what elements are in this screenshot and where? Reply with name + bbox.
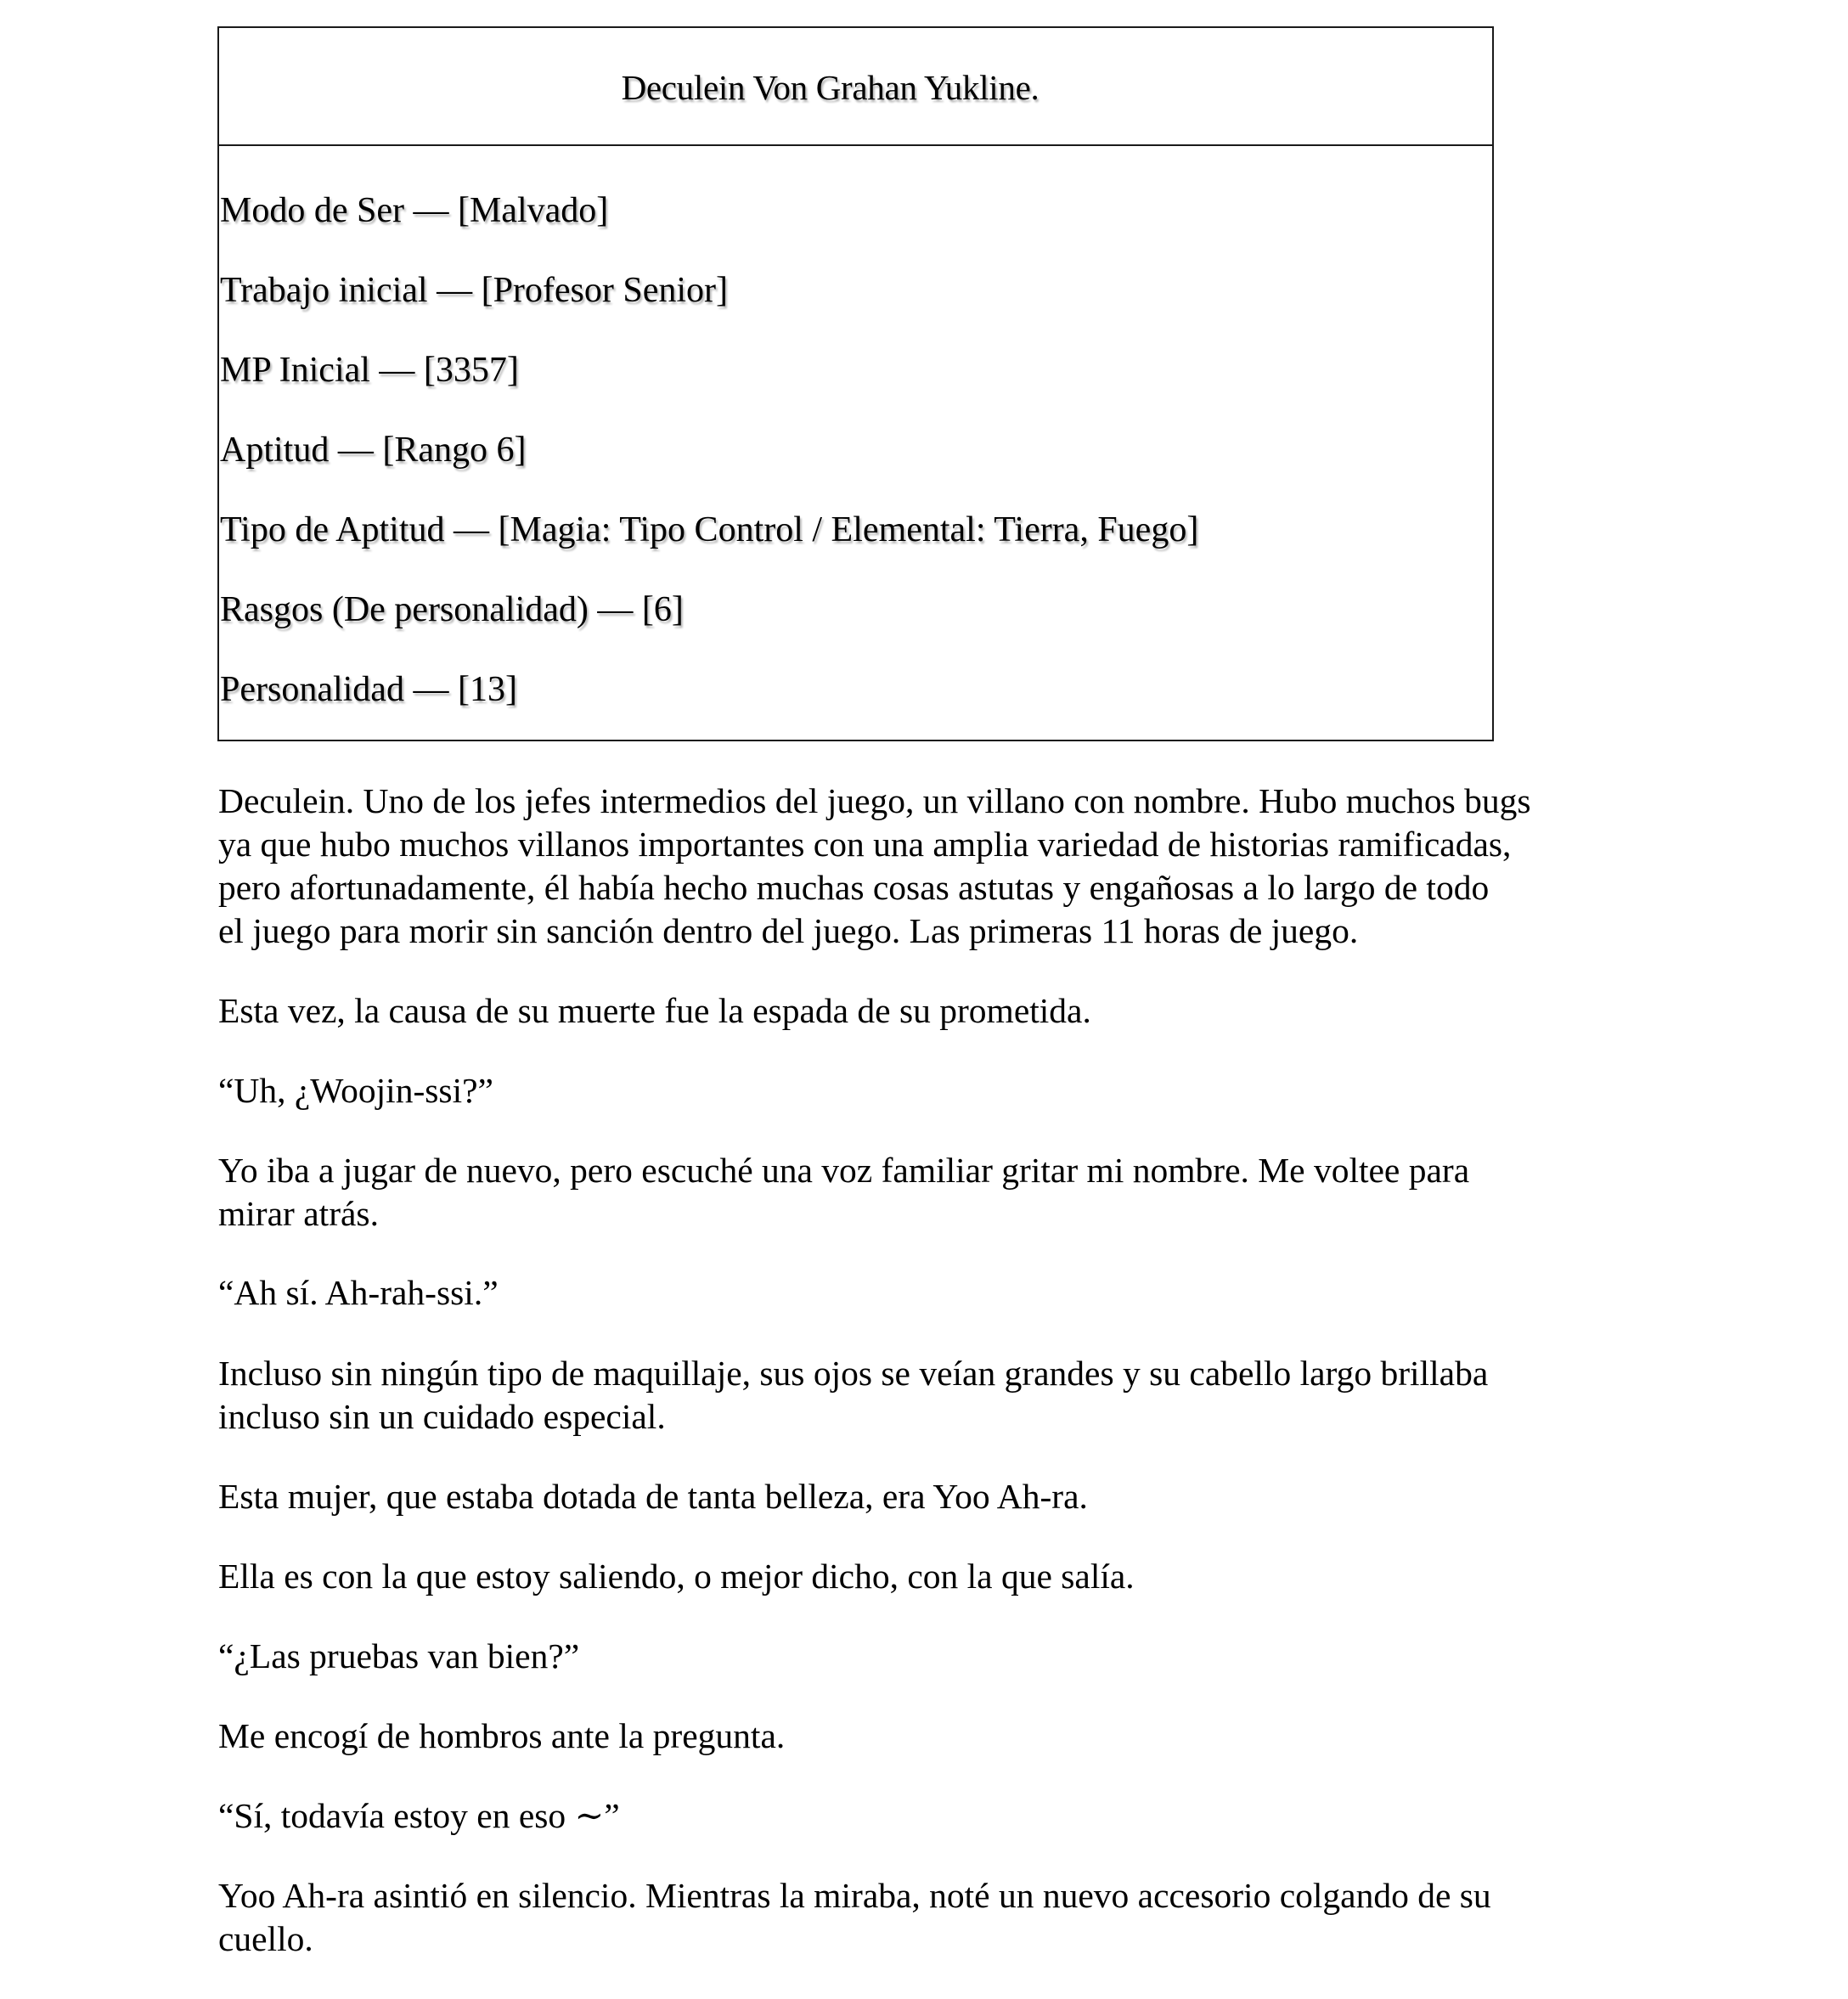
text-line: Deculein. Uno de los jefes intermedios d…: [218, 780, 1662, 823]
stat-row-personalidad: Personalidad — [13]: [220, 672, 517, 707]
document-page: Deculein Von Grahan Yukline. Modo de Ser…: [0, 0, 1848, 1999]
text-line: “Uh, ¿Woojin-ssi?”: [218, 1069, 1662, 1112]
character-name-title: Deculein Von Grahan Yukline.: [622, 70, 1039, 105]
stat-card-header: Deculein Von Grahan Yukline.: [219, 28, 1492, 146]
text-line: Esta vez, la causa de su muerte fue la e…: [218, 989, 1662, 1033]
text-line: incluso sin un cuidado especial.: [218, 1395, 1662, 1439]
paragraph: Deculein. Uno de los jefes intermedios d…: [218, 780, 1662, 953]
stat-row-rasgos: Rasgos (De personalidad) — [6]: [220, 592, 684, 628]
paragraph: Esta mujer, que estaba dotada de tanta b…: [218, 1475, 1662, 1518]
stat-row-aptitud: Aptitud — [Rango 6]: [220, 432, 526, 468]
text-line: Yoo Ah-ra asintió en silencio. Mientras …: [218, 1874, 1662, 1917]
paragraph: “Sí, todavía estoy en eso ∼”: [218, 1794, 1662, 1838]
character-stat-card: Deculein Von Grahan Yukline. Modo de Ser…: [217, 26, 1494, 741]
stat-row-modo-de-ser: Modo de Ser — [Malvado]: [220, 193, 608, 228]
text-line: “Ah sí. Ah-rah-ssi.”: [218, 1271, 1662, 1315]
text-line: pero afortunadamente, él había hecho muc…: [218, 866, 1662, 909]
text-line: “Sí, todavía estoy en eso ∼”: [218, 1794, 1662, 1838]
paragraph: “Uh, ¿Woojin-ssi?”: [218, 1069, 1662, 1112]
paragraph: “¿Las pruebas van bien?”: [218, 1635, 1662, 1678]
stat-card-body: Modo de Ser — [Malvado] Trabajo inicial …: [219, 146, 1492, 738]
text-line: Esta mujer, que estaba dotada de tanta b…: [218, 1475, 1662, 1518]
text-line: cuello.: [218, 1917, 1662, 1961]
text-line: Me encogí de hombros ante la pregunta.: [218, 1715, 1662, 1758]
stat-row-mp-inicial: MP Inicial — [3357]: [220, 352, 519, 388]
paragraph: Yoo Ah-ra asintió en silencio. Mientras …: [218, 1874, 1662, 1961]
paragraph: Ella es con la que estoy saliendo, o mej…: [218, 1555, 1662, 1598]
text-line: Incluso sin ningún tipo de maquillaje, s…: [218, 1352, 1662, 1395]
paragraph: Incluso sin ningún tipo de maquillaje, s…: [218, 1352, 1662, 1439]
text-line: “¿Las pruebas van bien?”: [218, 1635, 1662, 1678]
paragraph: Yo iba a jugar de nuevo, pero escuché un…: [218, 1149, 1662, 1236]
paragraph: “Ah sí. Ah-rah-ssi.”: [218, 1271, 1662, 1315]
text-line: mirar atrás.: [218, 1192, 1662, 1236]
stat-row-trabajo-inicial: Trabajo inicial — [Profesor Senior]: [220, 273, 728, 308]
paragraph: Esta vez, la causa de su muerte fue la e…: [218, 989, 1662, 1033]
paragraph: Me encogí de hombros ante la pregunta.: [218, 1715, 1662, 1758]
text-line: el juego para morir sin sanción dentro d…: [218, 909, 1662, 953]
text-line: Ella es con la que estoy saliendo, o mej…: [218, 1555, 1662, 1598]
text-line: Yo iba a jugar de nuevo, pero escuché un…: [218, 1149, 1662, 1192]
text-line: ya que hubo muchos villanos importantes …: [218, 823, 1662, 866]
stat-row-tipo-de-aptitud: Tipo de Aptitud — [Magia: Tipo Control /…: [220, 512, 1198, 548]
